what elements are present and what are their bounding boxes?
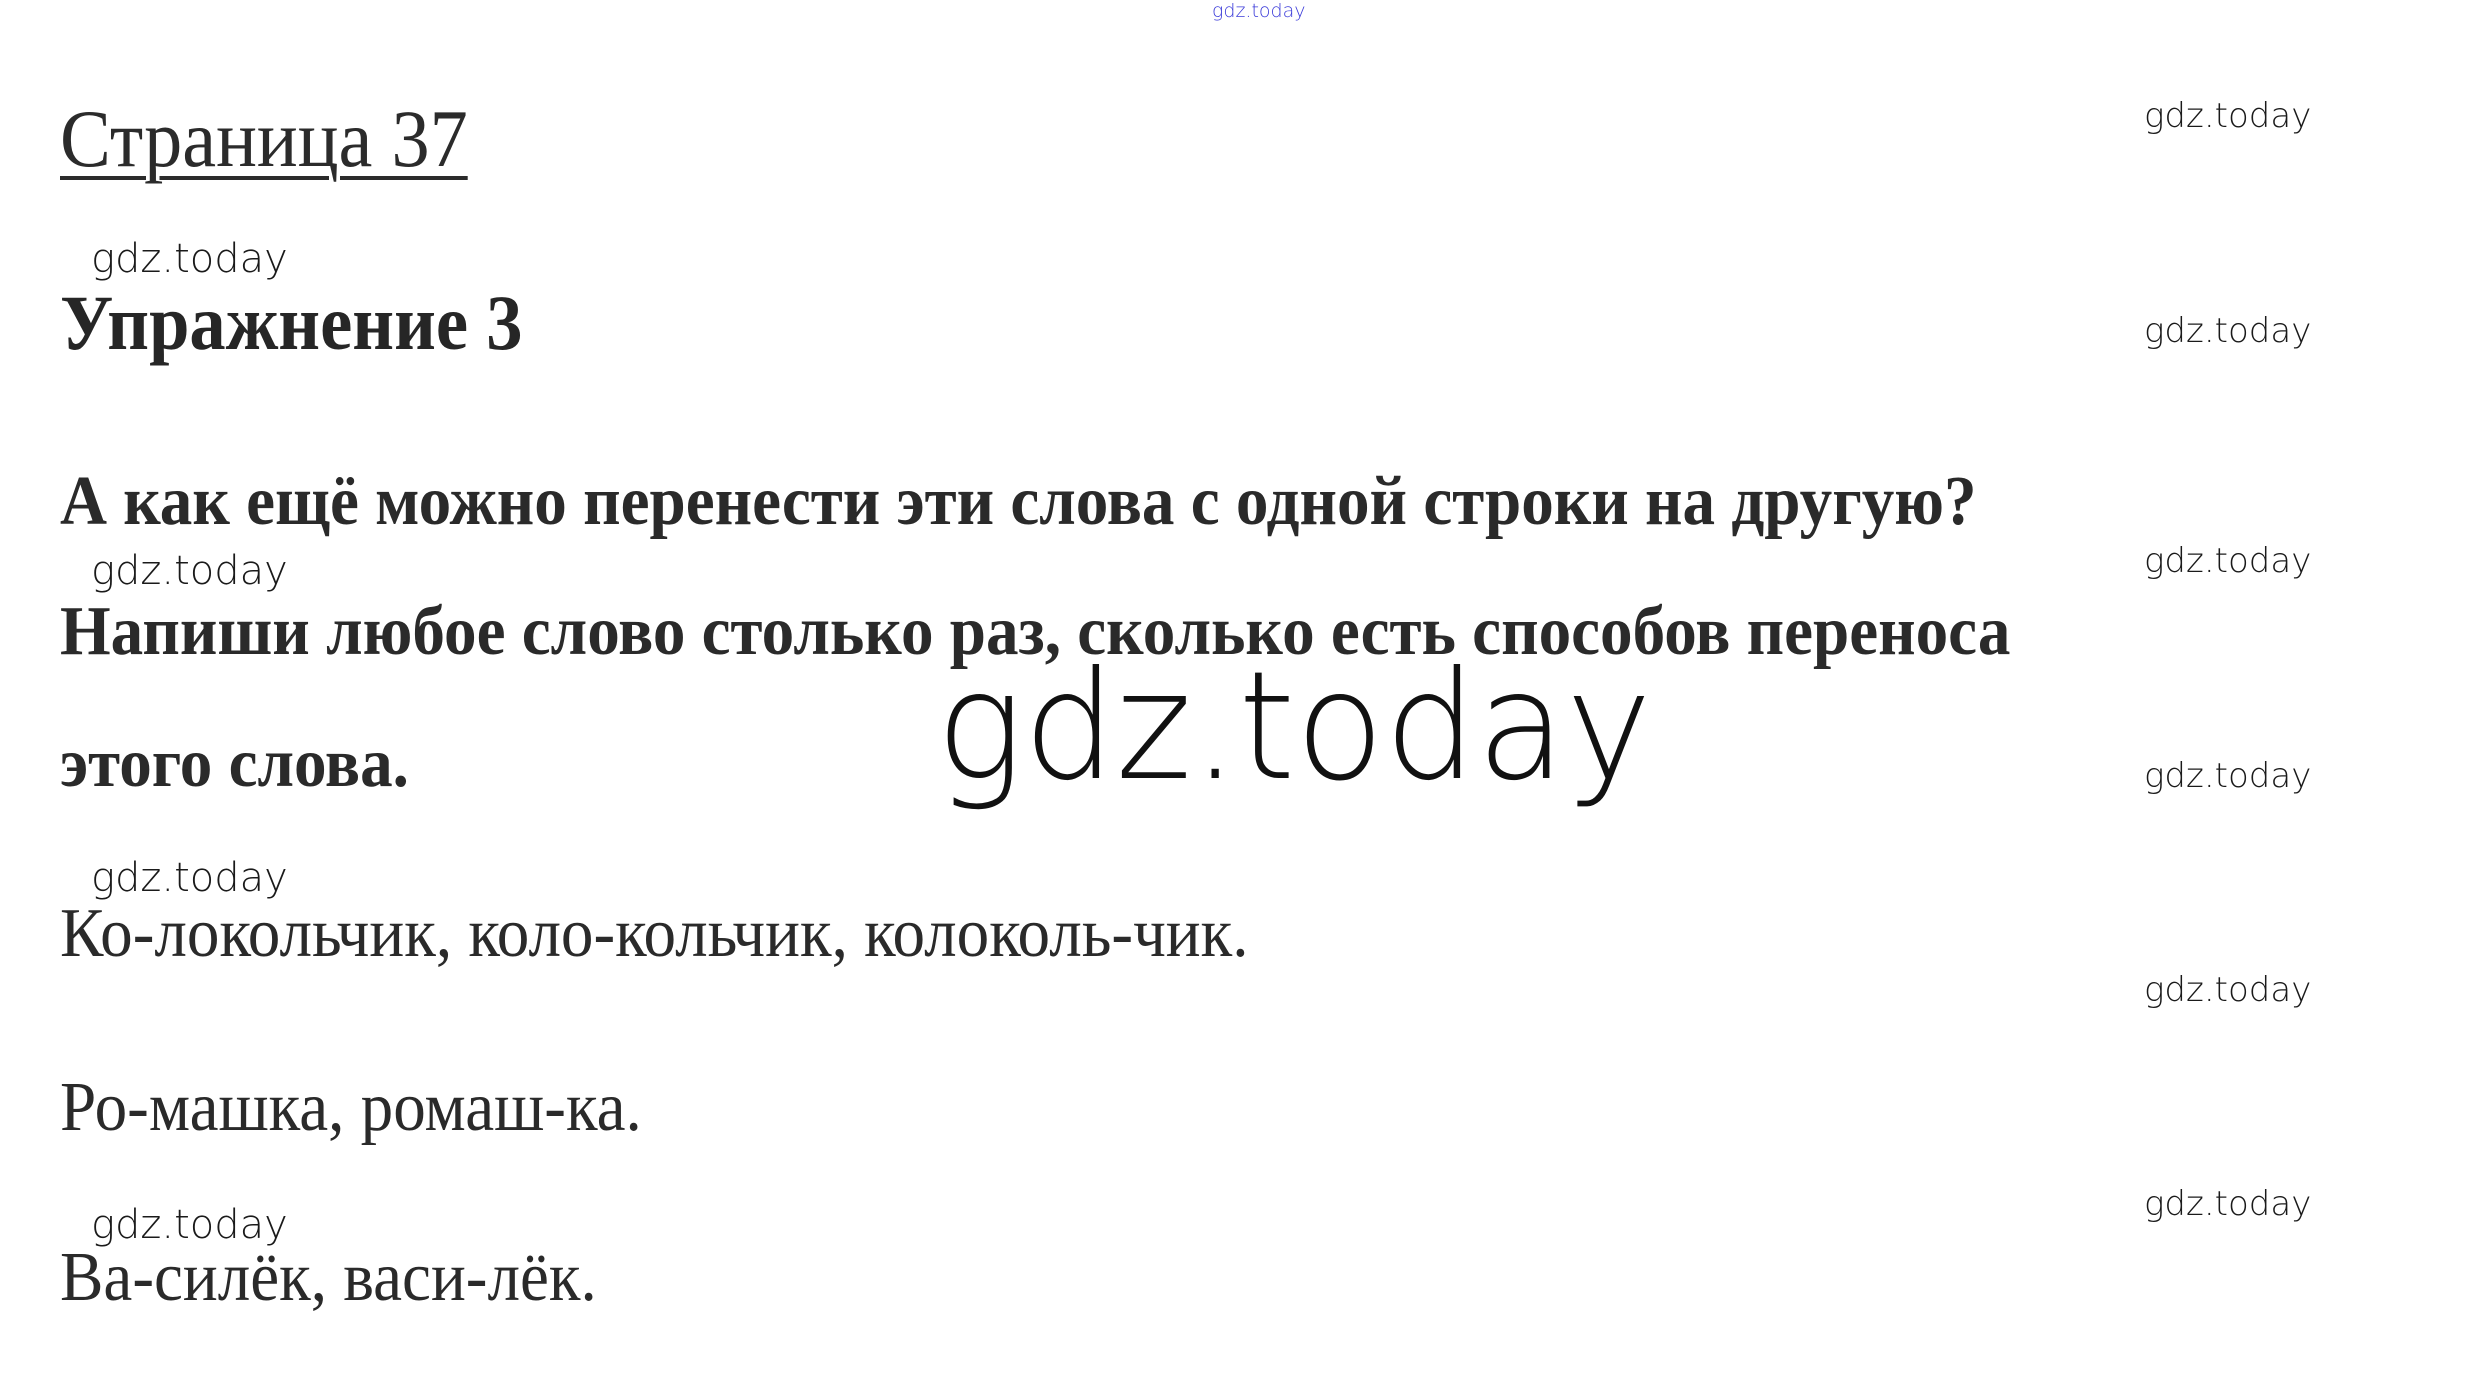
watermark-left-2: gdz.today: [91, 548, 288, 594]
exercise-title: Упражнение 3: [60, 278, 522, 368]
watermark-right-4: gdz.today: [2144, 756, 2311, 796]
watermark-right-2: gdz.today: [2144, 311, 2311, 351]
watermark-right-6: gdz.today: [2144, 1184, 2311, 1224]
watermark-center: gdz.today: [936, 640, 1652, 814]
answer-line-1: Ко-локольчик, коло-кольчик, колоколь-чик…: [60, 894, 1249, 974]
answer-line-2: Ро-машка, ромаш-ка.: [60, 1068, 642, 1148]
watermark-left-1: gdz.today: [91, 236, 288, 282]
watermark-right-1: gdz.today: [2144, 96, 2311, 136]
watermark-right-5: gdz.today: [2144, 970, 2311, 1010]
watermark-top: gdz.today: [1212, 0, 1306, 22]
answer-line-3: Ва-силёк, васи-лёк.: [60, 1238, 597, 1318]
question-line-1: А как ещё можно перенести эти слова с од…: [60, 462, 1977, 542]
page-title: Страница 37: [60, 92, 468, 186]
watermark-right-3: gdz.today: [2144, 541, 2311, 581]
question-line-3: этого слова.: [60, 724, 409, 804]
